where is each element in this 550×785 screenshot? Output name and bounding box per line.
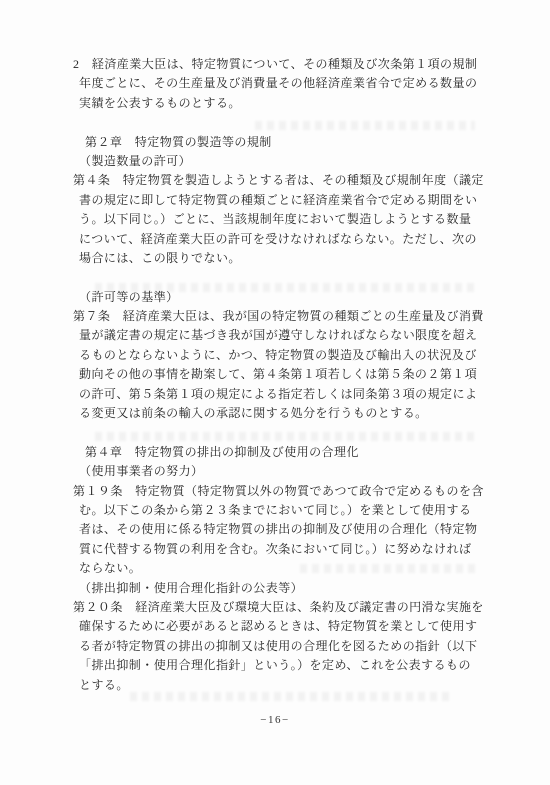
section-caption: （製造数量の許可）: [73, 152, 484, 171]
section-caption: （許可等の基準）: [73, 288, 484, 307]
blank-line: [73, 423, 484, 442]
blank-line: [73, 113, 484, 132]
article-line: 第１９条 特定物質（特定物質以外の物質であつて政令で定めるものを含: [73, 482, 484, 501]
continuation-line: む。以下この条から第２３条までにおいて同じ。）を業として使用する: [73, 501, 484, 520]
document-text: 2 経済産業大臣は、特定物質について、その種類及び次条第１項の規制年度ごとに、そ…: [73, 55, 484, 695]
continuation-line: 書の規定に即して特定物質の種類ごとに経済産業省令で定める期間をい: [73, 191, 484, 210]
continuation-line: ならない。: [73, 559, 484, 578]
continuation-line: 実績を公表するものとする。: [73, 94, 484, 113]
article-line: 第７条 経済産業大臣は、我が国の特定物質の種類ごとの生産量及び消費: [73, 307, 484, 326]
continuation-line: 「排出抑制・使用合理化指針」という。）を定め、これを公表するもの: [73, 656, 484, 675]
continuation-line: とする。: [73, 676, 484, 695]
article-line: 第４条 特定物質を製造しようとする者は、その種類及び規制年度（議定: [73, 171, 484, 190]
continuation-line: 確保するために必要があると認めるときは、特定物質を業として使用す: [73, 617, 484, 636]
continuation-line: について、経済産業大臣の許可を受けなければならない。ただし、次の: [73, 230, 484, 249]
page-number: −16−: [0, 714, 550, 726]
section-caption: （排出抑制・使用合理化指針の公表等）: [73, 579, 484, 598]
chapter-heading: 第２章 特定物質の製造等の規制: [73, 133, 484, 152]
continuation-line: 場合には、この限りでない。: [73, 249, 484, 268]
chapter-heading: 第４章 特定物質の排出の抑制及び使用の合理化: [73, 443, 484, 462]
continuation-line: 動向その他の事情を勘案して、第４条第１項若しくは第５条の２第１項: [73, 365, 484, 384]
article-line: 第２０条 経済産業大臣及び環境大臣は、条約及び議定書の円滑な実施を: [73, 598, 484, 617]
continuation-line: るものとならないように、かつ、特定物質の製造及び輸出入の状況及び: [73, 346, 484, 365]
section-caption: （使用事業者の努力）: [73, 462, 484, 481]
continuation-line: る者が特定物質の排出の抑制又は使用の合理化を図るための指針（以下: [73, 637, 484, 656]
continuation-line: う。以下同じ。）ごとに、当該規制年度において製造しようとする数量: [73, 210, 484, 229]
continuation-line: る変更又は前条の輸入の承認に関する処分を行うものとする。: [73, 404, 484, 423]
continuation-line: 量が議定書の規定に基づき我が国が遵守しなければならない限度を超え: [73, 326, 484, 345]
continuation-line: の許可、第５条第１項の規定による指定若しくは同条第３項の規定によ: [73, 385, 484, 404]
document-page: 2 経済産業大臣は、特定物質について、その種類及び次条第１項の規制年度ごとに、そ…: [0, 0, 550, 785]
continuation-line: 質に代替する物質の利用を含む。次条において同じ。）に努めなければ: [73, 540, 484, 559]
blank-line: [73, 268, 484, 287]
continuation-line: 年度ごとに、その生産量及び消費量その他経済産業省令で定める数量の: [73, 74, 484, 93]
article-line: 2 経済産業大臣は、特定物質について、その種類及び次条第１項の規制: [73, 55, 484, 74]
continuation-line: 者は、その使用に係る特定物質の排出の抑制及び使用の合理化（特定物: [73, 520, 484, 539]
